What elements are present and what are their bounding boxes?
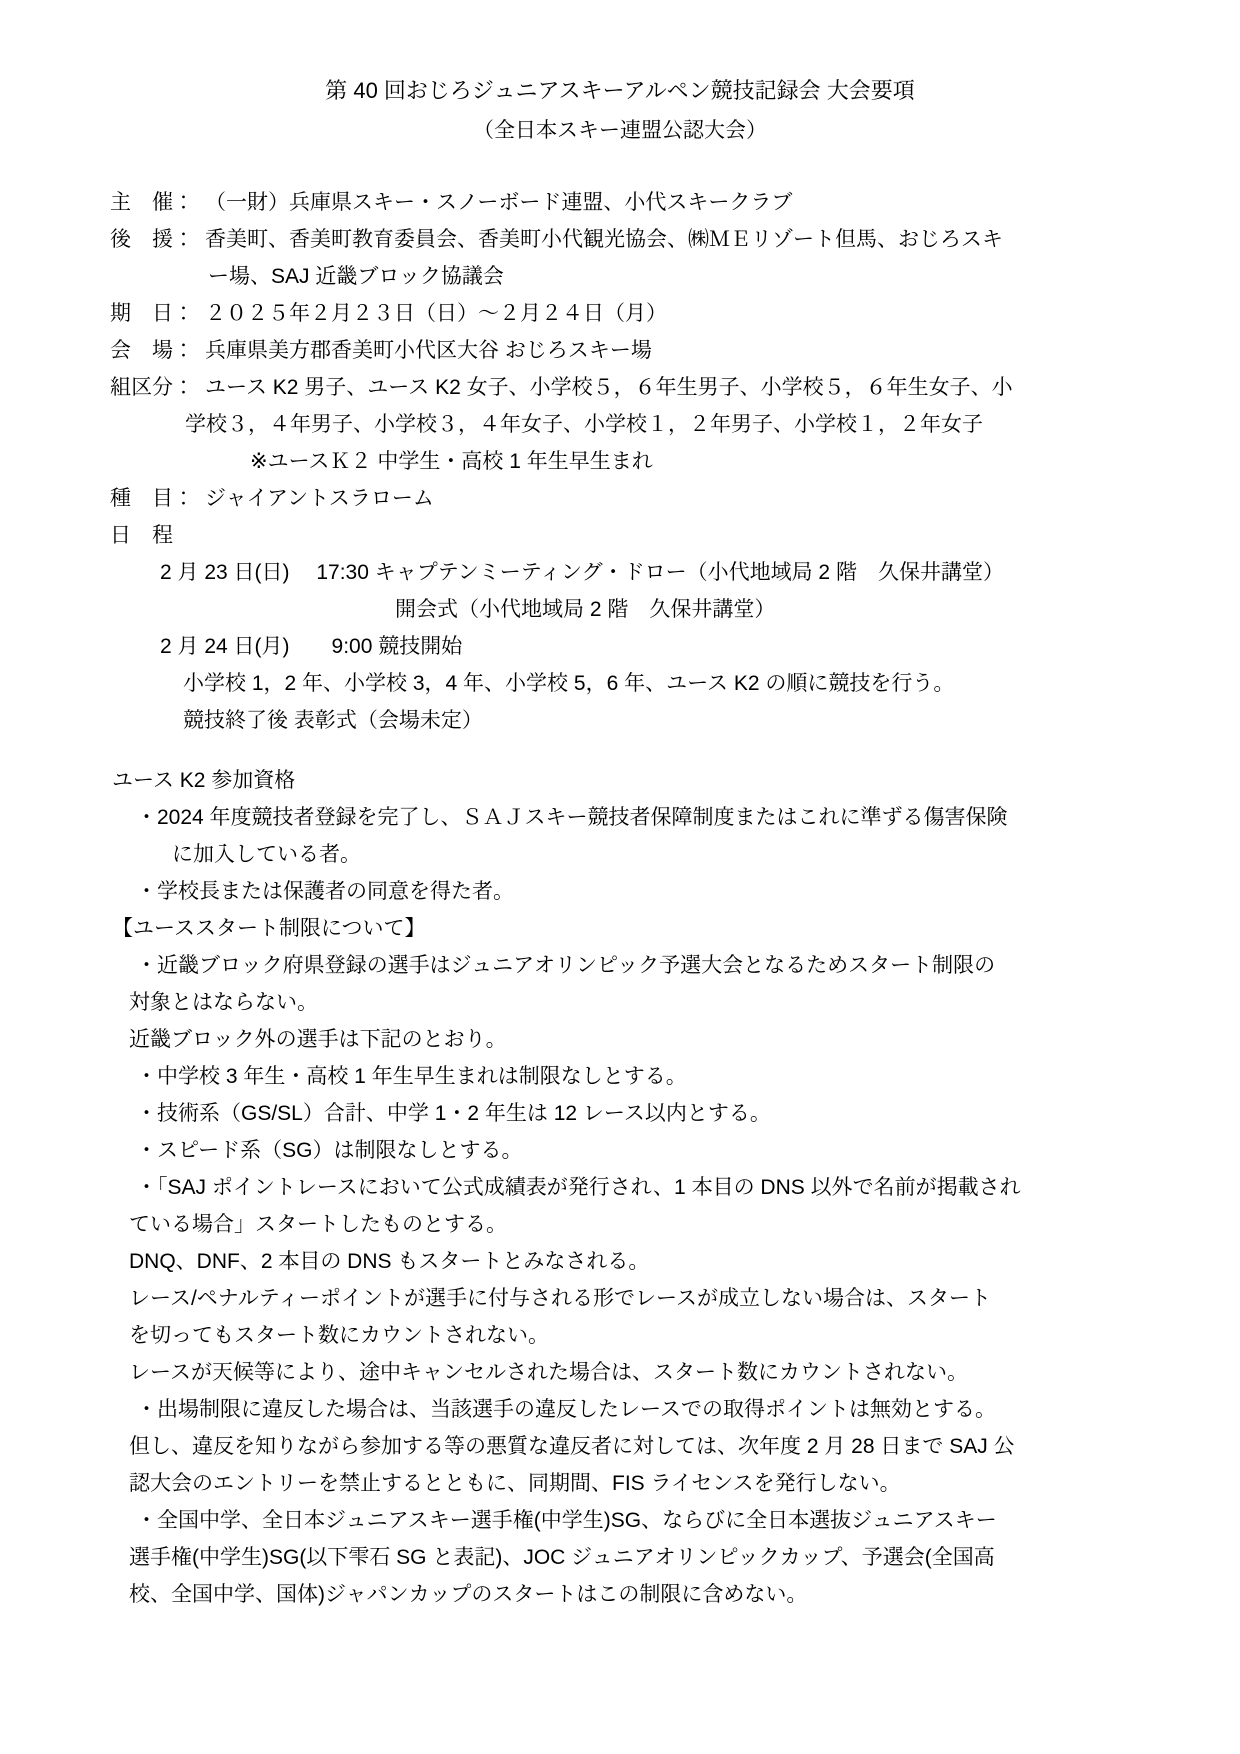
line-text: ２０２５年２月２３日（日）～２月２４日（月） xyxy=(205,302,667,325)
line-text: 競技終了後 表彰式（会場未定） xyxy=(183,709,483,732)
doc-line-11: 開会式（小代地域局 2 階 久保井講堂） xyxy=(0,591,1240,628)
line-text: 選手権(中学生)SG(以下雫石 SG と表記)、JOC ジュニアオリンピックカッ… xyxy=(129,1546,995,1569)
line-text: 対象とはならない。 xyxy=(129,991,318,1014)
doc-line-21: 対象とはならない。 xyxy=(0,984,1240,1021)
line-text: 開会式（小代地域局 2 階 久保井講堂） xyxy=(395,598,775,621)
doc-line-17: に加入している者。 xyxy=(0,836,1240,873)
line-text: ・全国中学、全日本ジュニアスキー選手権(中学生)SG、ならびに全日本選抜ジュニア… xyxy=(136,1509,997,1532)
doc-line-32: ・出場制限に違反した場合は、当該選手の違反したレースでの取得ポイントは無効とする… xyxy=(0,1391,1240,1428)
line-text: 学校３，４年男子、小学校３，４年女子、小学校１，２年男子、小学校１，２年女子 xyxy=(185,413,983,436)
line-text: 2 月 24 日(月) 9:00 競技開始 xyxy=(160,635,462,658)
line-text: ・2024 年度競技者登録を完了し、ＳＡＪスキー競技者保障制度またはこれに準ずる… xyxy=(136,806,1008,829)
line-label: 種 目： xyxy=(110,480,205,517)
doc-line-5: 組区分：ユース K2 男子、ユース K2 女子、小学校５，６年生男子、小学校５，… xyxy=(0,369,1240,406)
line-text: ユース K2 男子、ユース K2 女子、小学校５，６年生男子、小学校５，６年生女… xyxy=(205,376,1013,399)
line-text: ユース K2 参加資格 xyxy=(112,769,295,792)
doc-line-35: ・全国中学、全日本ジュニアスキー選手権(中学生)SG、ならびに全日本選抜ジュニア… xyxy=(0,1502,1240,1539)
doc-line-30: を切ってもスタート数にカウントされない。 xyxy=(0,1317,1240,1354)
line-text: ・中学校 3 年生・高校 1 年生早生まれは制限なしとする。 xyxy=(136,1065,687,1088)
line-text: 2 月 23 日(日) 17:30 キャプテンミーティング・ドロー（小代地域局 … xyxy=(160,561,1004,584)
line-text: 校、全国中学、国体)ジャパンカップのスタートはこの制限に含めない。 xyxy=(129,1583,807,1606)
line-text: 香美町、香美町教育委員会、香美町小代観光協会、㈱ＭＥリゾート但馬、おじろスキ xyxy=(205,228,1003,251)
doc-line-10: 2 月 23 日(日) 17:30 キャプテンミーティング・ドロー（小代地域局 … xyxy=(0,554,1240,591)
line-text: ・技術系（GS/SL）合計、中学 1・2 年生は 12 レース以内とする。 xyxy=(136,1102,771,1125)
line-text: 【ユーススタート制限について】 xyxy=(112,917,426,940)
doc-line-9: 日 程 xyxy=(0,517,1240,554)
line-text: レース/ペナルティーポイントが選手に付与される形でレースが成立しない場合は、スタ… xyxy=(129,1287,991,1310)
line-label: 後 援： xyxy=(110,221,205,258)
doc-line-4: 会 場：兵庫県美方郡香美町小代区大谷 おじろスキー場 xyxy=(0,332,1240,369)
line-text: （一財）兵庫県スキー・スノーボード連盟、小代スキークラブ xyxy=(205,191,792,214)
doc-line-8: 種 目：ジャイアントスラローム xyxy=(0,480,1240,517)
doc-line-29: レース/ペナルティーポイントが選手に付与される形でレースが成立しない場合は、スタ… xyxy=(0,1280,1240,1317)
doc-line-2: ー場、SAJ 近畿ブロック協議会 xyxy=(0,258,1240,295)
line-text: ・出場制限に違反した場合は、当該選手の違反したレースでの取得ポイントは無効とする… xyxy=(136,1398,996,1421)
line-label: 期 日： xyxy=(110,295,205,332)
line-text: 兵庫県美方郡香美町小代区大谷 おじろスキー場 xyxy=(205,339,652,362)
line-text: ・学校長または保護者の同意を得た者。 xyxy=(136,880,514,903)
line-text: 但し、違反を知りながら参加する等の悪質な違反者に対しては、次年度 2 月 28 … xyxy=(129,1435,1015,1458)
line-text: を切ってもスタート数にカウントされない。 xyxy=(129,1324,549,1347)
doc-line-37: 校、全国中学、国体)ジャパンカップのスタートはこの制限に含めない。 xyxy=(0,1576,1240,1613)
document-body: 主 催：（一財）兵庫県スキー・スノーボード連盟、小代スキークラブ後 援：香美町、… xyxy=(0,184,1240,1613)
doc-line-15: ユース K2 参加資格 xyxy=(0,762,1240,799)
doc-line-26: ・「SAJ ポイントレースにおいて公式成績表が発行され、1 本目の DNS 以外… xyxy=(0,1169,1240,1206)
doc-line-20: ・近畿ブロック府県登録の選手はジュニアオリンピック予選大会となるためスタート制限… xyxy=(0,947,1240,984)
doc-line-14: 競技終了後 表彰式（会場未定） xyxy=(0,702,1240,739)
line-text: ・近畿ブロック府県登録の選手はジュニアオリンピック予選大会となるためスタート制限… xyxy=(136,954,995,977)
doc-line-22: 近畿ブロック外の選手は下記のとおり。 xyxy=(0,1021,1240,1058)
doc-line-28: DNQ、DNF、2 本目の DNS もスタートとみなされる。 xyxy=(0,1243,1240,1280)
line-text: 小学校 1，2 年、小学校 3，4 年、小学校 5，6 年、ユース K2 の順に… xyxy=(183,672,954,695)
doc-line-12: 2 月 24 日(月) 9:00 競技開始 xyxy=(0,628,1240,665)
doc-line-3: 期 日：２０２５年２月２３日（日）～２月２４日（月） xyxy=(0,295,1240,332)
line-text: ー場、SAJ 近畿ブロック協議会 xyxy=(208,265,504,288)
line-label: 組区分： xyxy=(110,369,205,406)
doc-line-33: 但し、違反を知りながら参加する等の悪質な違反者に対しては、次年度 2 月 28 … xyxy=(0,1428,1240,1465)
doc-line-16: ・2024 年度競技者登録を完了し、ＳＡＪスキー競技者保障制度またはこれに準ずる… xyxy=(0,799,1240,836)
line-label: 日 程 xyxy=(110,517,205,554)
line-text: ※ユースＫ２ 中学生・高校 1 年生早生まれ xyxy=(250,450,653,473)
line-text: 近畿ブロック外の選手は下記のとおり。 xyxy=(129,1028,507,1051)
line-text: レースが天候等により、途中キャンセルされた場合は、スタート数にカウントされない。 xyxy=(129,1361,968,1384)
doc-line-25: ・スピード系（SG）は制限なしとする。 xyxy=(0,1132,1240,1169)
doc-line-19: 【ユーススタート制限について】 xyxy=(0,910,1240,947)
doc-line-34: 認大会のエントリーを禁止するとともに、同期間、FIS ライセンスを発行しない。 xyxy=(0,1465,1240,1502)
page-title: 第 40 回おじろジュニアスキーアルペン競技記録会 大会要項 xyxy=(0,78,1240,104)
line-text: DNQ、DNF、2 本目の DNS もスタートとみなされる。 xyxy=(129,1250,649,1273)
doc-line-18: ・学校長または保護者の同意を得た者。 xyxy=(0,873,1240,910)
line-text: ・スピード系（SG）は制限なしとする。 xyxy=(136,1139,523,1162)
line-text: ている場合」スタートしたものとする。 xyxy=(129,1213,507,1236)
line-text: に加入している者。 xyxy=(172,843,361,866)
doc-line-24: ・技術系（GS/SL）合計、中学 1・2 年生は 12 レース以内とする。 xyxy=(0,1095,1240,1132)
line-label: 主 催： xyxy=(110,184,205,221)
document-page: 第 40 回おじろジュニアスキーアルペン競技記録会 大会要項 （全日本スキー連盟… xyxy=(0,0,1240,1613)
doc-line-13: 小学校 1，2 年、小学校 3，4 年、小学校 5，6 年、ユース K2 の順に… xyxy=(0,665,1240,702)
doc-line-0: 主 催：（一財）兵庫県スキー・スノーボード連盟、小代スキークラブ xyxy=(0,184,1240,221)
doc-line-7: ※ユースＫ２ 中学生・高校 1 年生早生まれ xyxy=(0,443,1240,480)
doc-line-36: 選手権(中学生)SG(以下雫石 SG と表記)、JOC ジュニアオリンピックカッ… xyxy=(0,1539,1240,1576)
doc-line-6: 学校３，４年男子、小学校３，４年女子、小学校１，２年男子、小学校１，２年女子 xyxy=(0,406,1240,443)
line-text: ジャイアントスラローム xyxy=(205,487,434,510)
doc-line-1: 後 援：香美町、香美町教育委員会、香美町小代観光協会、㈱ＭＥリゾート但馬、おじろ… xyxy=(0,221,1240,258)
doc-line-27: ている場合」スタートしたものとする。 xyxy=(0,1206,1240,1243)
line-text: ・「SAJ ポイントレースにおいて公式成績表が発行され、1 本目の DNS 以外… xyxy=(136,1176,1021,1199)
line-label: 会 場： xyxy=(110,332,205,369)
doc-line-23: ・中学校 3 年生・高校 1 年生早生まれは制限なしとする。 xyxy=(0,1058,1240,1095)
page-subtitle: （全日本スキー連盟公認大会） xyxy=(0,118,1240,144)
line-text: 認大会のエントリーを禁止するとともに、同期間、FIS ライセンスを発行しない。 xyxy=(129,1472,901,1495)
doc-line-31: レースが天候等により、途中キャンセルされた場合は、スタート数にカウントされない。 xyxy=(0,1354,1240,1391)
